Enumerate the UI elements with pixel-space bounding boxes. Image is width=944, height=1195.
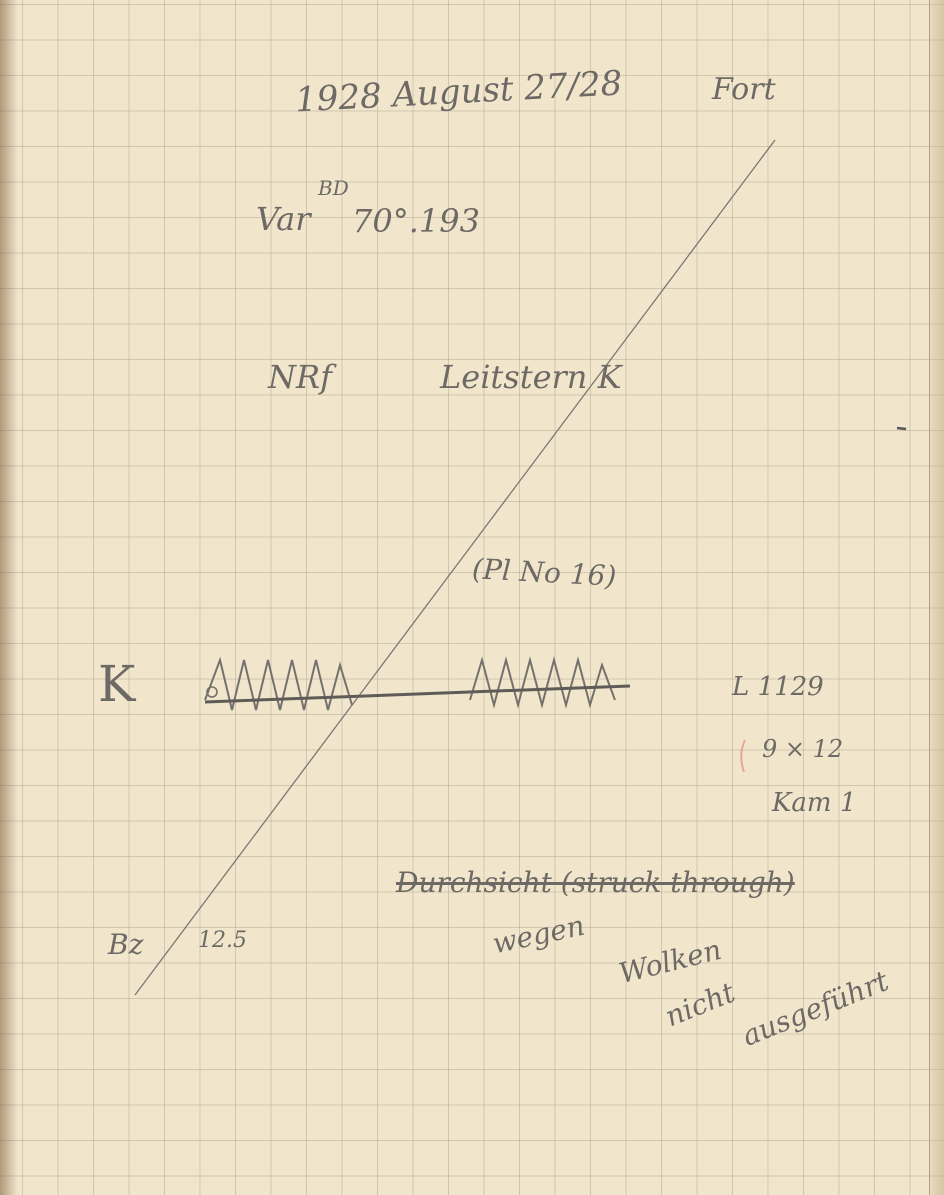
object-id: 70°.193 — [352, 202, 480, 240]
object-label: Var — [256, 200, 311, 238]
entry-status: Fort — [712, 72, 776, 107]
field-value: Leitstern K — [440, 358, 621, 396]
struck-word: Durchsicht (struck through) — [396, 866, 795, 899]
right-note-2: 9 × 12 — [762, 735, 843, 763]
row-label: K — [98, 655, 135, 713]
edge-dash — [897, 428, 906, 429]
field-label: NRf — [268, 358, 332, 396]
object-catalog: BD — [318, 176, 349, 200]
right-note-3: Kam 1 — [772, 788, 856, 818]
right-note-1: L 1129 — [732, 672, 824, 702]
bottom-left-note-2: 12.5 — [198, 928, 247, 953]
scribble-wave-right — [470, 660, 615, 705]
bottom-left-note-1: Bz — [108, 928, 143, 961]
red-mark — [741, 740, 745, 772]
strike-line — [205, 686, 630, 702]
